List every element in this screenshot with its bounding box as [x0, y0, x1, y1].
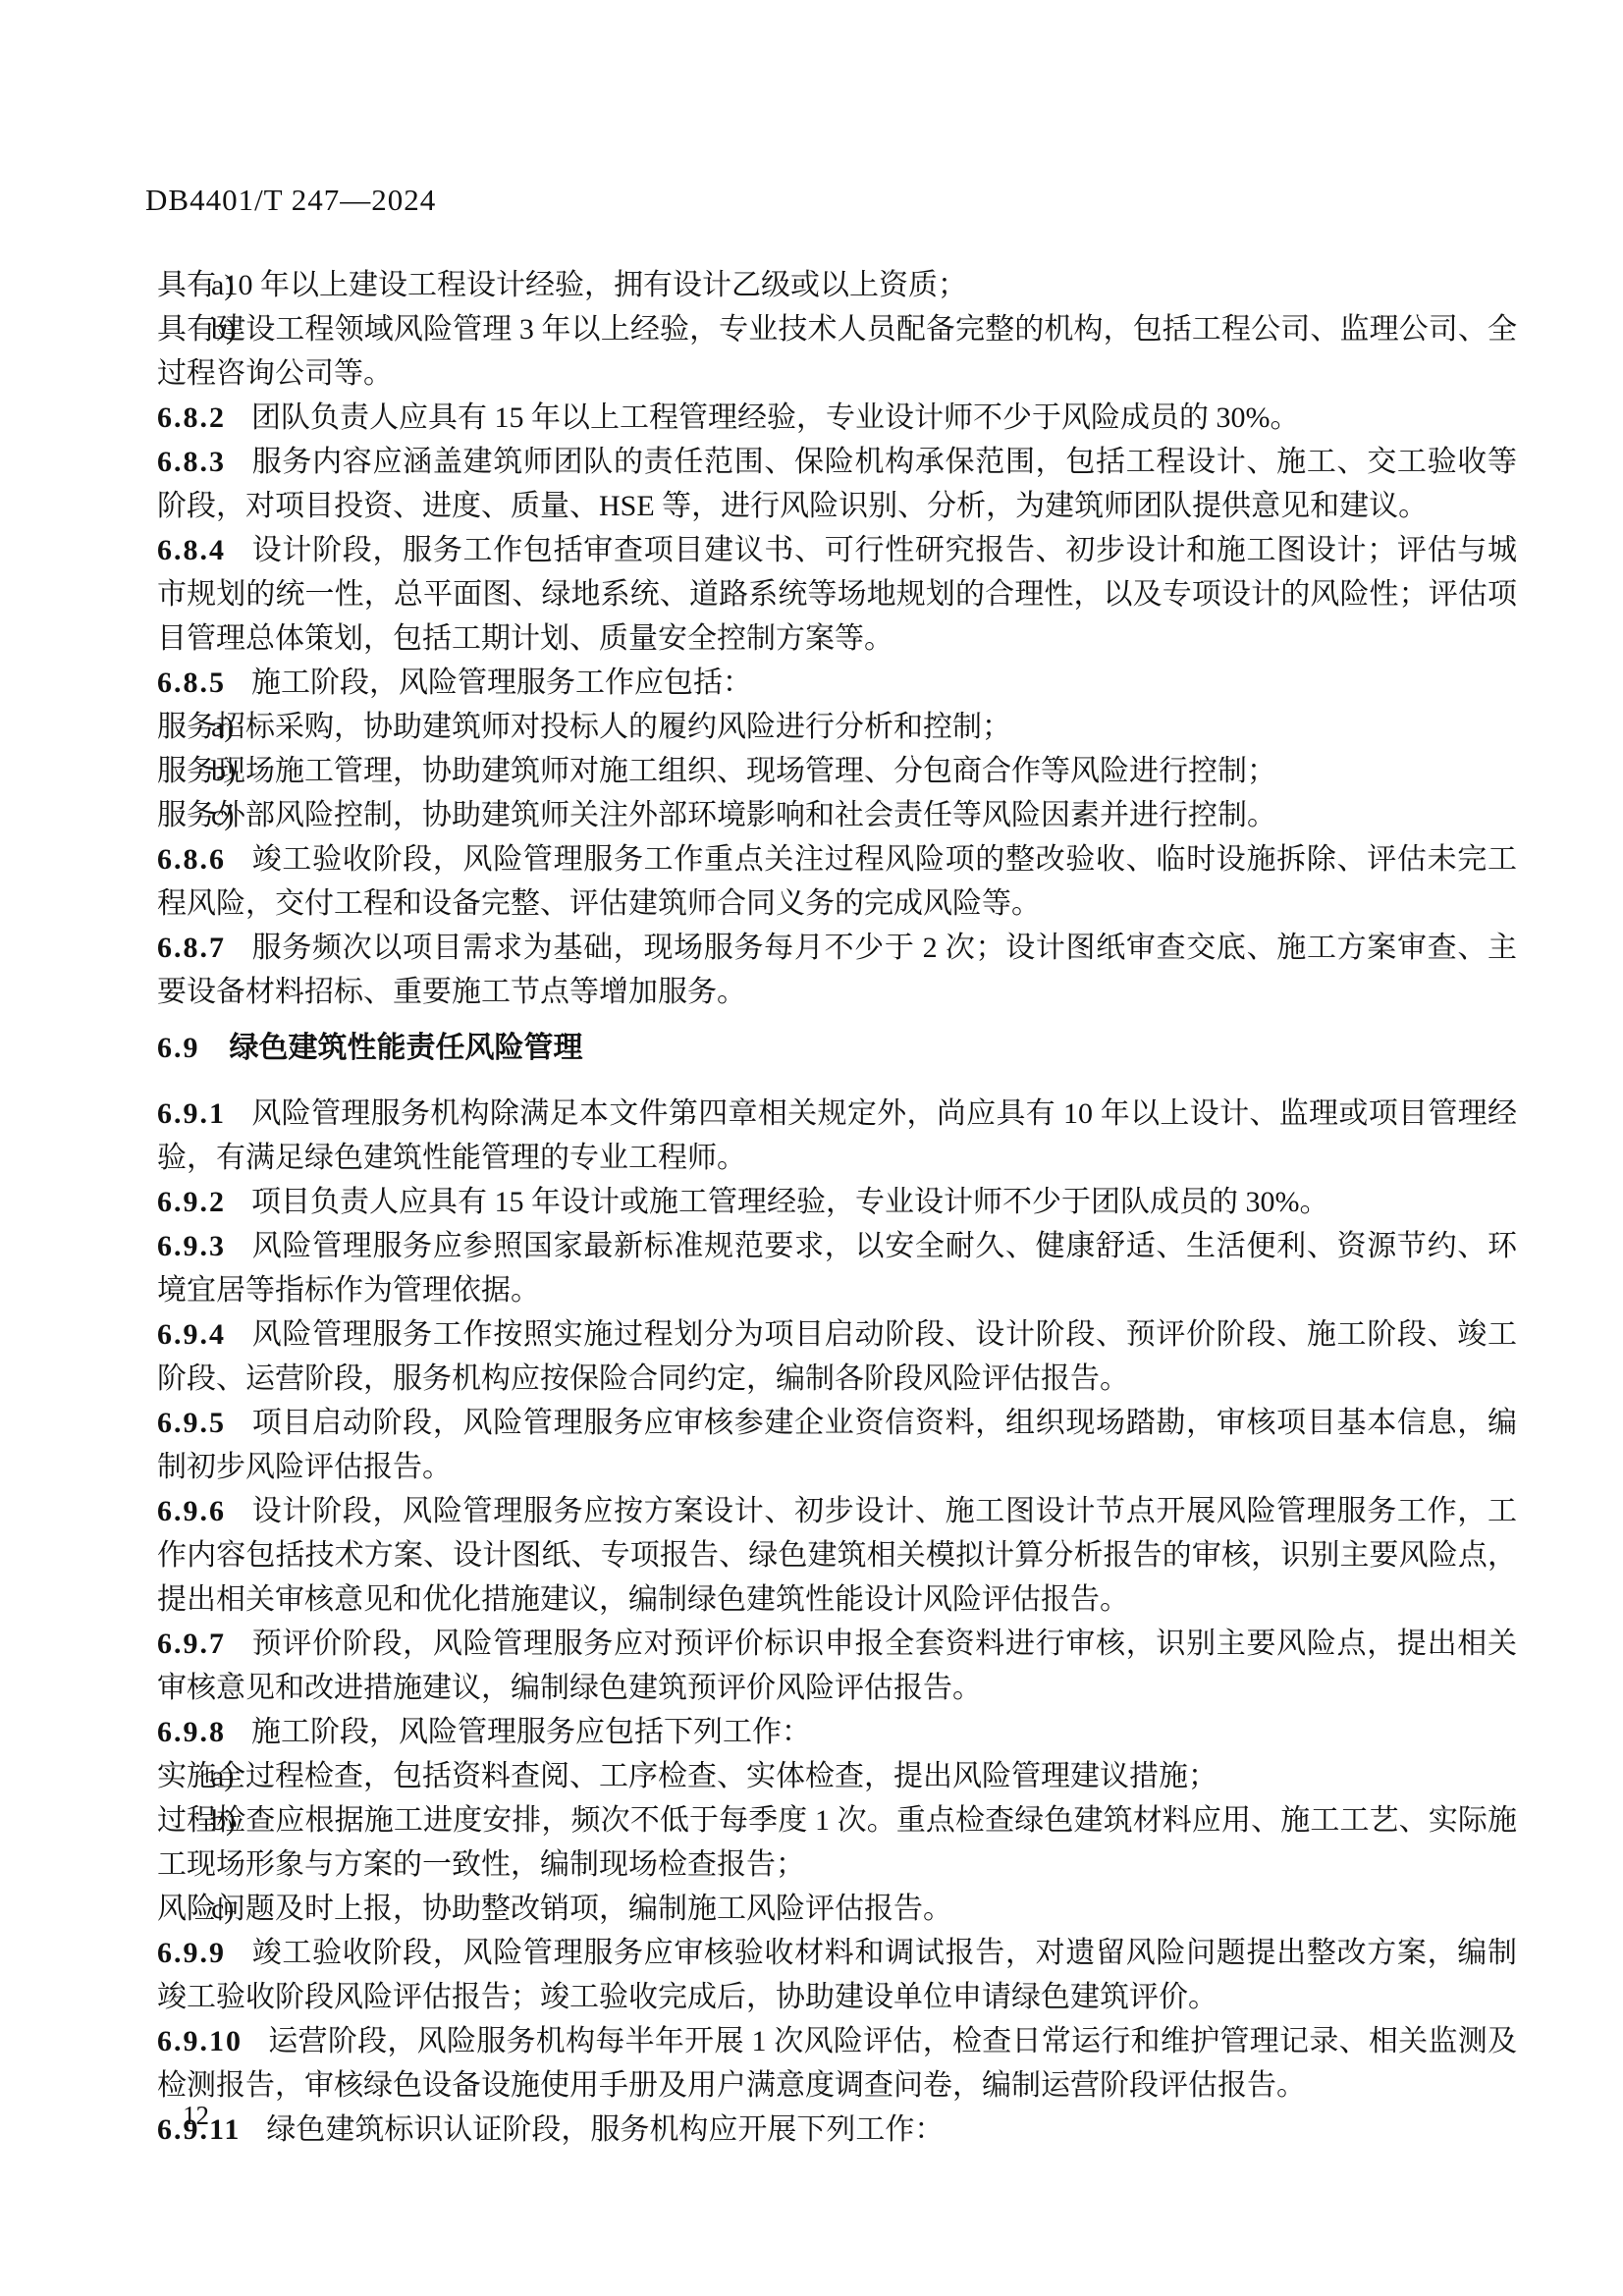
list-item-text: 过程检查应根据施工进度安排，频次不低于每季度 1 次。重点检查绿色建筑材料应用、…	[157, 1804, 1517, 1881]
clause-6-9-2: 6.9.2项目负责人应具有 15 年设计或施工管理经验，专业设计师不少于团队成员…	[157, 1180, 1517, 1224]
clause-6-8-3: 6.8.3服务内容应涵盖建筑师团队的责任范围、保险机构承保范围，包括工程设计、施…	[157, 440, 1517, 528]
list-marker: b)	[211, 1798, 236, 1842]
clause-6-9-3: 6.9.3风险管理服务应参照国家最新标准规范要求，以安全耐久、健康舒适、生活便利…	[157, 1224, 1517, 1312]
document-body: a)具有 10 年以上建设工程设计经验，拥有设计乙级或以上资质； b)具有建设工…	[157, 263, 1517, 2152]
clause-number: 6.8.2	[157, 401, 251, 434]
list-marker: a)	[211, 263, 234, 307]
list-item: b)服务现场施工管理，协助建筑师对施工组织、现场管理、分包商合作等风险进行控制；	[157, 749, 1517, 793]
clause-number: 6.8.6	[157, 843, 251, 876]
clause-text: 运营阶段，风险服务机构每半年开展 1 次风险评估，检查日常运行和维护管理记录、相…	[157, 2025, 1517, 2102]
list-item-text: 服务现场施工管理，协助建筑师对施工组织、现场管理、分包商合作等风险进行控制；	[157, 755, 1276, 787]
document-page: DB4401/T 247—2024 a)具有 10 年以上建设工程设计经验，拥有…	[0, 0, 1623, 2296]
list-item-text: 风险问题及时上报，协助整改销项，编制施工风险评估报告。	[157, 1893, 952, 1925]
clause-6-8-4: 6.8.4设计阶段，服务工作包括审查项目建议书、可行性研究报告、初步设计和施工图…	[157, 528, 1517, 661]
clause-6-9-4: 6.9.4风险管理服务工作按照实施过程划分为项目启动阶段、设计阶段、预评价阶段、…	[157, 1312, 1517, 1401]
clause-number: 6.9.3	[157, 1230, 251, 1262]
list-marker: c)	[211, 793, 234, 837]
list-marker: a)	[211, 1754, 234, 1798]
clause-text: 设计阶段，服务工作包括审查项目建议书、可行性研究报告、初步设计和施工图设计；评估…	[157, 534, 1517, 655]
clause-number: 6.9.2	[157, 1186, 251, 1218]
clause-6-9-9: 6.9.9竣工验收阶段，风险管理服务应审核验收材料和调试报告，对遗留风险问题提出…	[157, 1931, 1517, 2019]
list-item: c)服务外部风险控制，协助建筑师关注外部环境影响和社会责任等风险因素并进行控制。	[157, 793, 1517, 837]
list-marker: c)	[211, 1887, 234, 1931]
clause-text: 预评价阶段，风险管理服务应对预评价标识申报全套资料进行审核，识别主要风险点，提出…	[157, 1628, 1517, 1704]
clause-number: 6.8.3	[157, 446, 251, 478]
list-item-text: 具有建设工程领域风险管理 3 年以上经验，专业技术人员配备完整的机构，包括工程公…	[157, 313, 1517, 390]
clause-text: 施工阶段，风险管理服务应包括下列工作：	[251, 1716, 811, 1748]
list-marker: a)	[211, 705, 234, 749]
clause-text: 项目启动阶段，风险管理服务应审核参建企业资信资料，组织现场踏勘，审核项目基本信息…	[157, 1407, 1517, 1483]
clause-6-8-5: 6.8.5施工阶段，风险管理服务工作应包括：	[157, 661, 1517, 705]
clause-text: 项目负责人应具有 15 年设计或施工管理经验，专业设计师不少于团队成员的 30%…	[251, 1186, 1329, 1218]
list-marker: b)	[211, 749, 236, 793]
clause-number: 6.9.7	[157, 1628, 251, 1660]
list-item: b)过程检查应根据施工进度安排，频次不低于每季度 1 次。重点检查绿色建筑材料应…	[157, 1798, 1517, 1887]
clause-text: 竣工验收阶段，风险管理服务应审核验收材料和调试报告，对遗留风险问题提出整改方案，…	[157, 1937, 1517, 2013]
list-item-text: 具有 10 年以上建设工程设计经验，拥有设计乙级或以上资质；	[157, 269, 967, 301]
list-item: c)风险问题及时上报，协助整改销项，编制施工风险评估报告。	[157, 1887, 1517, 1931]
clause-6-9-1: 6.9.1风险管理服务机构除满足本文件第四章相关规定外，尚应具有 10 年以上设…	[157, 1092, 1517, 1180]
list-item-text: 服务外部风险控制，协助建筑师关注外部环境影响和社会责任等风险因素并进行控制。	[157, 799, 1276, 831]
clause-number: 6.9.8	[157, 1716, 251, 1748]
clause-text: 服务内容应涵盖建筑师团队的责任范围、保险机构承保范围，包括工程设计、施工、交工验…	[157, 446, 1517, 522]
clause-text: 风险管理服务机构除满足本文件第四章相关规定外，尚应具有 10 年以上设计、监理或…	[157, 1097, 1517, 1174]
clause-number: 6.9.6	[157, 1495, 251, 1527]
list-item-text: 服务招标采购，协助建筑师对投标人的履约风险进行分析和控制；	[157, 711, 1011, 743]
clause-6-9-8: 6.9.8施工阶段，风险管理服务应包括下列工作：	[157, 1710, 1517, 1754]
clause-number: 6.8.4	[157, 534, 251, 566]
document-code: DB4401/T 247—2024	[145, 183, 436, 218]
section-heading-6-9: 6.9绿色建筑性能责任风险管理	[157, 1026, 1517, 1070]
list-item: a)实施全过程检查，包括资料查阅、工序检查、实体检查，提出风险管理建议措施；	[157, 1754, 1517, 1798]
section-number: 6.9	[157, 1032, 230, 1064]
clause-6-9-6: 6.9.6设计阶段，风险管理服务应按方案设计、初步设计、施工图设计节点开展风险管…	[157, 1489, 1517, 1622]
clause-text: 设计阶段，风险管理服务应按方案设计、初步设计、施工图设计节点开展风险管理服务工作…	[157, 1495, 1517, 1616]
clause-6-8-6: 6.8.6竣工验收阶段，风险管理服务工作重点关注过程风险项的整改验收、临时设施拆…	[157, 837, 1517, 926]
clause-6-8-7: 6.8.7服务频次以项目需求为基础，现场服务每月不少于 2 次；设计图纸审查交底…	[157, 926, 1517, 1014]
clause-6-9-11: 6.9.11绿色建筑标识认证阶段，服务机构应开展下列工作：	[157, 2108, 1517, 2152]
clause-text: 竣工验收阶段，风险管理服务工作重点关注过程风险项的整改验收、临时设施拆除、评估未…	[157, 843, 1517, 920]
clause-6-9-7: 6.9.7预评价阶段，风险管理服务应对预评价标识申报全套资料进行审核，识别主要风…	[157, 1622, 1517, 1710]
clause-6-9-5: 6.9.5项目启动阶段，风险管理服务应审核参建企业资信资料，组织现场踏勘，审核项…	[157, 1401, 1517, 1489]
list-item: b)具有建设工程领域风险管理 3 年以上经验，专业技术人员配备完整的机构，包括工…	[157, 307, 1517, 396]
clause-number: 6.9.11	[157, 2113, 266, 2146]
list-item-text: 实施全过程检查，包括资料查阅、工序检查、实体检查，提出风险管理建议措施；	[157, 1760, 1217, 1792]
clause-number: 6.8.7	[157, 932, 251, 964]
clause-number: 6.9.9	[157, 1937, 251, 1969]
clause-text: 绿色建筑标识认证阶段，服务机构应开展下列工作：	[266, 2113, 944, 2146]
clause-6-8-2: 6.8.2团队负责人应具有 15 年以上工程管理经验，专业设计师不少于风险成员的…	[157, 396, 1517, 440]
clause-text: 服务频次以项目需求为基础，现场服务每月不少于 2 次；设计图纸审查交底、施工方案…	[157, 932, 1517, 1008]
clause-text: 团队负责人应具有 15 年以上工程管理经验，专业设计师不少于风险成员的 30%。	[251, 401, 1300, 434]
clause-number: 6.8.5	[157, 667, 251, 699]
clause-text: 风险管理服务工作按照实施过程划分为项目启动阶段、设计阶段、预评价阶段、施工阶段、…	[157, 1318, 1517, 1395]
page-number: 12	[183, 2101, 209, 2131]
clause-number: 6.9.10	[157, 2025, 268, 2057]
list-item: a)服务招标采购，协助建筑师对投标人的履约风险进行分析和控制；	[157, 705, 1517, 749]
list-item: a)具有 10 年以上建设工程设计经验，拥有设计乙级或以上资质；	[157, 263, 1517, 307]
clause-number: 6.9.1	[157, 1097, 251, 1130]
clause-text: 施工阶段，风险管理服务工作应包括：	[251, 667, 752, 699]
clause-text: 风险管理服务应参照国家最新标准规范要求，以安全耐久、健康舒适、生活便利、资源节约…	[157, 1230, 1517, 1307]
clause-number: 6.9.5	[157, 1407, 251, 1439]
section-title: 绿色建筑性能责任风险管理	[230, 1032, 583, 1064]
list-marker: b)	[211, 307, 236, 351]
clause-number: 6.9.4	[157, 1318, 251, 1351]
clause-6-9-10: 6.9.10运营阶段，风险服务机构每半年开展 1 次风险评估，检查日常运行和维护…	[157, 2019, 1517, 2108]
